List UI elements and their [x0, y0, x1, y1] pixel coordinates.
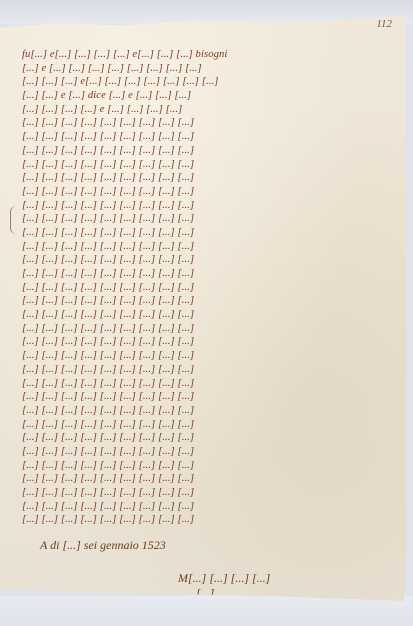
- manuscript-line: [...] [...] [...] [...] [...] [...] [...…: [22, 158, 400, 172]
- background-bottom: [0, 596, 413, 626]
- manuscript-line: [...] [...] [...] [...] [...] [...] [...…: [22, 199, 400, 213]
- manuscript-line: [...] [...] [...] [...] [...] [...] [...…: [22, 281, 400, 295]
- manuscript-line: [...] [...] [...] e[...] [...] [...] [..…: [22, 75, 400, 89]
- date-line: A di [...] sei gennaio 1523: [40, 538, 166, 553]
- margin-bracket-mark: [10, 206, 17, 234]
- manuscript-line: [...] [...] [...] [...] [...] [...] [...…: [22, 445, 400, 459]
- manuscript-line: [...] [...] [...] [...] [...] [...] [...…: [22, 240, 400, 254]
- manuscript-line: [...] [...] [...] [...] [...] [...] [...…: [22, 390, 400, 404]
- manuscript-page: 112 fu[...] e[...] [...] [...] [...] e[.…: [0, 16, 406, 601]
- manuscript-line: [...] [...] [...] [...] [...] [...] [...…: [22, 226, 400, 240]
- manuscript-line: [...] [...] [...] [...] [...] [...] [...…: [22, 253, 400, 267]
- manuscript-line: [...] [...] [...] [...] [...] [...] [...…: [22, 294, 400, 308]
- manuscript-line: [...] [...] [...] [...] [...] [...] [...…: [22, 349, 400, 363]
- manuscript-line: [...] [...] [...] [...] [...] [...] [...…: [22, 513, 400, 527]
- manuscript-line: [...] [...] [...] [...] [...] [...] [...…: [22, 404, 400, 418]
- manuscript-line: [...] [...] [...] [...] [...] [...] [...…: [22, 130, 400, 144]
- manuscript-line: [...] e [...] [...] [...] [...] [...] [.…: [22, 62, 400, 76]
- manuscript-line: fu[...] e[...] [...] [...] [...] e[...] …: [22, 48, 400, 62]
- manuscript-line: [...] [...] [...] [...] [...] [...] [...…: [22, 267, 400, 281]
- manuscript-line: [...] [...] [...] [...] [...] [...] [...…: [22, 500, 400, 514]
- manuscript-line: [...] [...] [...] [...] [...] [...] [...…: [22, 144, 400, 158]
- manuscript-line: [...] [...] [...] [...] [...] [...] [...…: [22, 418, 400, 432]
- manuscript-line: [...] [...] [...] [...] [...] [...] [...…: [22, 322, 400, 336]
- manuscript-line: [...] [...] [...] [...] [...] [...] [...…: [22, 116, 400, 130]
- manuscript-line: [...] [...] e [...] dice [...] e [...] […: [22, 89, 400, 103]
- manuscript-line: [...] [...] [...] [...] [...] [...] [...…: [22, 363, 400, 377]
- manuscript-line: [...] [...] [...] [...] [...] [...] [...…: [22, 185, 400, 199]
- manuscript-line: [...] [...] [...] [...] [...] [...] [...…: [22, 171, 400, 185]
- manuscript-line: [...] [...] [...] [...] [...] [...] [...…: [22, 486, 400, 500]
- manuscript-line: [...] [...] [...] [...] [...] [...] [...…: [22, 308, 400, 322]
- manuscript-line: [...] [...] [...] [...] [...] [...] [...…: [22, 431, 400, 445]
- manuscript-line: [...] [...] [...] [...] [...] [...] [...…: [22, 335, 400, 349]
- folio-number: 112: [376, 18, 392, 30]
- manuscript-line: [...] [...] [...] [...] [...] [...] [...…: [22, 472, 400, 486]
- letter-body: fu[...] e[...] [...] [...] [...] e[...] …: [22, 48, 400, 527]
- manuscript-line: [...] [...] [...] [...] [...] [...] [...…: [22, 377, 400, 391]
- manuscript-line: [...] [...] [...] [...] [...] [...] [...…: [22, 459, 400, 473]
- manuscript-line: [...] [...] [...] [...] [...] [...] [...…: [22, 212, 400, 226]
- manuscript-line: [...] [...] [...] [...] e [...] [...] [.…: [22, 103, 400, 117]
- signature-line-1: M[...] [...] [...] [...]: [178, 571, 270, 586]
